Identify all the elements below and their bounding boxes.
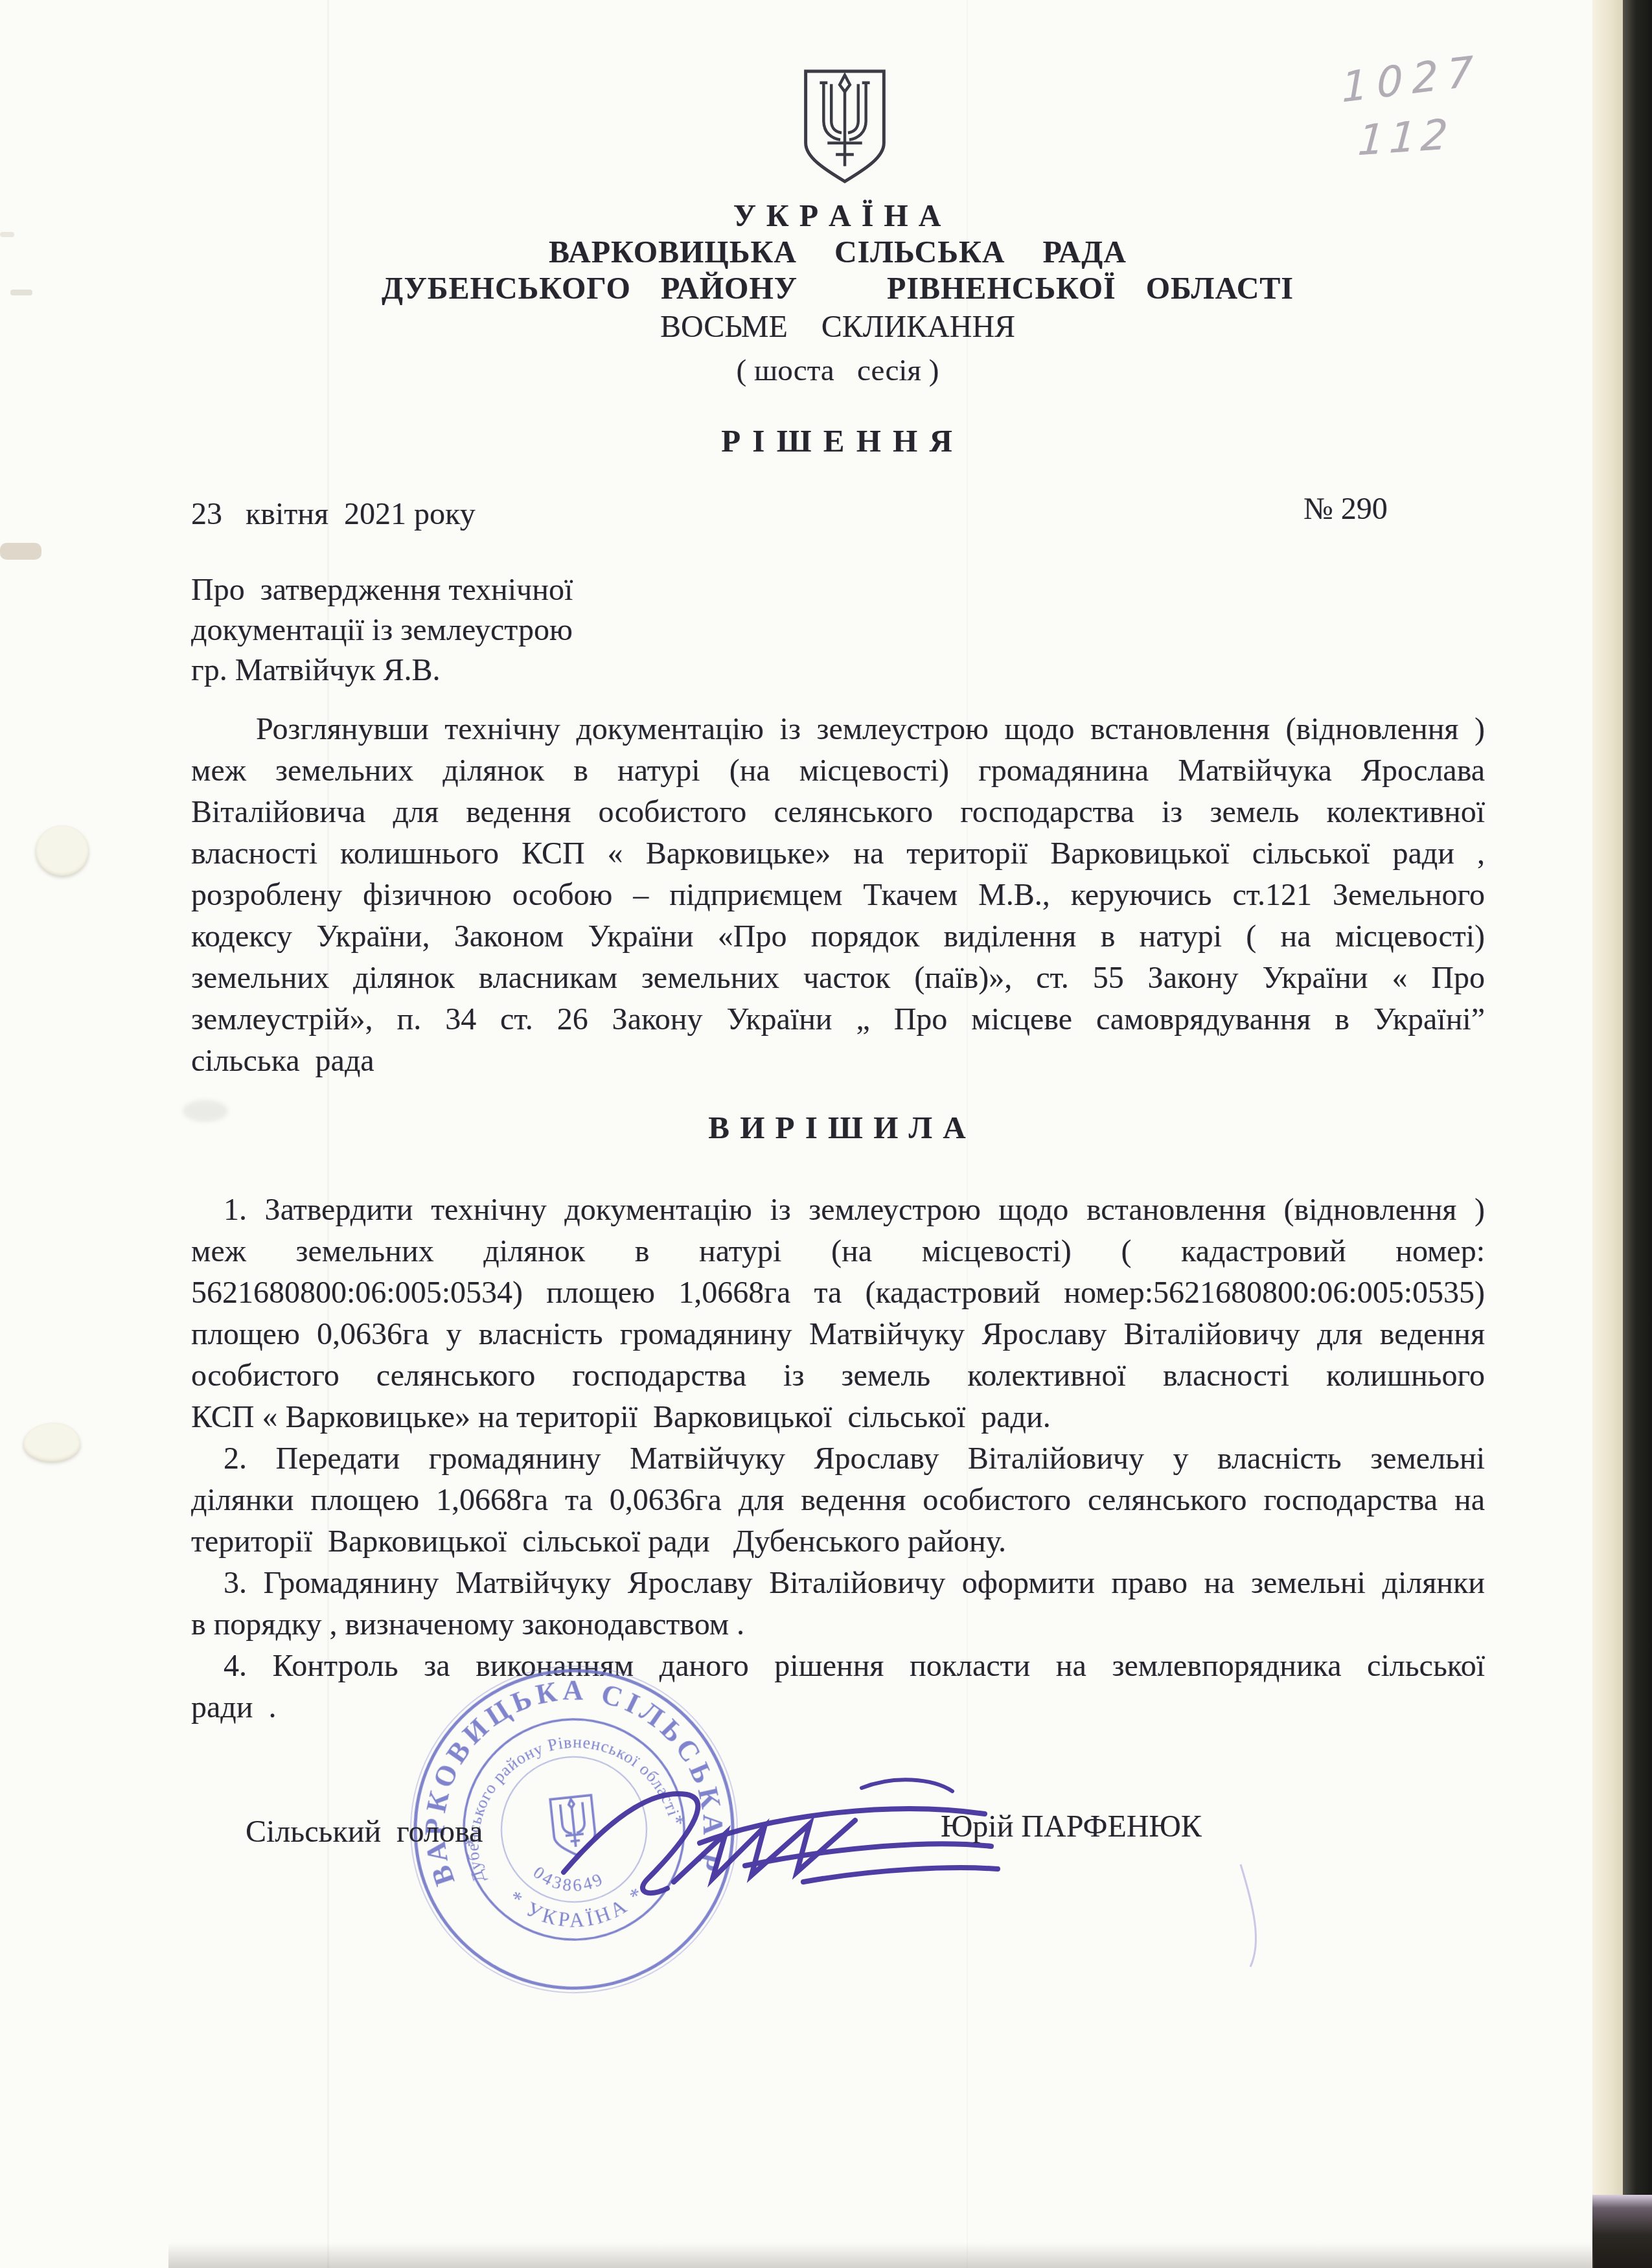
- preamble-line: землеустрій», п. 34 ст. 26 Закону Україн…: [191, 999, 1485, 1040]
- stray-pen-mark: [1224, 1851, 1276, 1975]
- subject-line: документації із землеустрою: [191, 610, 904, 650]
- paper-blemish: [36, 825, 89, 876]
- edge-smudge: [0, 543, 41, 560]
- preamble-line: земельних ділянок власникам земельних ча…: [191, 957, 1485, 999]
- preamble-line: меж земельних ділянок в натурі (на місце…: [191, 750, 1485, 792]
- preamble-line: розроблену фізичною особою – підприємцем…: [191, 875, 1485, 916]
- item-line: 5621680800:06:005:0534) площею 1,0668га …: [191, 1272, 1485, 1314]
- item-line: 1. Затвердити технічну документацію із з…: [191, 1189, 1485, 1231]
- header-country: У К Р А Ї Н А: [0, 198, 1652, 234]
- preamble-line: Розглянувши технічну документацію із зем…: [191, 709, 1485, 750]
- resolution-items: 1. Затвердити технічну документацію із з…: [191, 1189, 1485, 1728]
- preamble-paragraph: Розглянувши технічну документацію із зем…: [191, 709, 1485, 1082]
- scanned-document-page: 1027 112 У К Р А Ї Н А ВАРКОВИЦЬКА СІЛЬС…: [0, 0, 1652, 2268]
- item-line: меж земельних ділянок в натурі (на місце…: [191, 1231, 1485, 1272]
- item-line: КСП « Варковицьке» на території Варковиц…: [191, 1397, 1485, 1438]
- pencil-note-top: 1027: [1341, 47, 1483, 112]
- preamble-line: кодексу України, Законом України «Про по…: [191, 916, 1485, 957]
- header-convocation: ВОСЬМЕ СКЛИКАННЯ: [0, 309, 1652, 345]
- item-line: території Варковицької сільської ради Ду…: [191, 1521, 1485, 1563]
- item-line: площею 0,0636га у власність громадянину …: [191, 1314, 1485, 1355]
- item-line: 2. Передати громадянину Матвійчуку Яросл…: [191, 1438, 1485, 1480]
- item-line: ділянки площею 1,0668га та 0,0636га для …: [191, 1480, 1485, 1521]
- bottom-scan-shadow: [168, 2243, 1594, 2268]
- subject-line: гр. Матвійчук Я.В.: [191, 650, 904, 691]
- header-district: ДУБЕНСЬКОГО РАЙОНУ РІВНЕНСЬКОЇ ОБЛАСТІ: [0, 271, 1652, 306]
- paper-blemish: [23, 1423, 80, 1461]
- item-line: особистого селянського господарства із з…: [191, 1355, 1485, 1397]
- pencil-note-bottom: 112: [1357, 111, 1454, 166]
- subject-block: Про затвердження технічної документації …: [191, 570, 904, 691]
- date-label: 23 квітня 2021 року: [191, 496, 476, 532]
- signature-name: Юрій ПАРФЕНЮК: [941, 1809, 1202, 1844]
- item-line: 3. Громадянину Матвійчуку Ярославу Вітал…: [191, 1563, 1485, 1604]
- header-council: ВАРКОВИЦЬКА СІЛЬСЬКА РАДА: [0, 235, 1652, 270]
- item-line: в порядку , визначеному законодавством .: [191, 1604, 1485, 1645]
- header-session: ( шоста сесія ): [0, 353, 1652, 388]
- number-label: № 290: [1303, 491, 1388, 527]
- preamble-line: сільська рада: [191, 1040, 1485, 1082]
- tryzub-emblem-icon: [796, 67, 894, 189]
- resolution-heading: В И Р І Ш И Л А: [0, 1109, 1652, 1146]
- signature-title: Сільський голова: [246, 1814, 483, 1850]
- preamble-line: власності колишнього КСП « Варковицьке» …: [191, 833, 1485, 875]
- preamble-line: Віталійовича для ведення особистого селя…: [191, 792, 1485, 833]
- subject-line: Про затвердження технічної: [191, 570, 904, 610]
- doc-type-title: Р І Ш Е Н Н Я: [0, 422, 1652, 459]
- scanner-corner-shadow: [1592, 2195, 1652, 2268]
